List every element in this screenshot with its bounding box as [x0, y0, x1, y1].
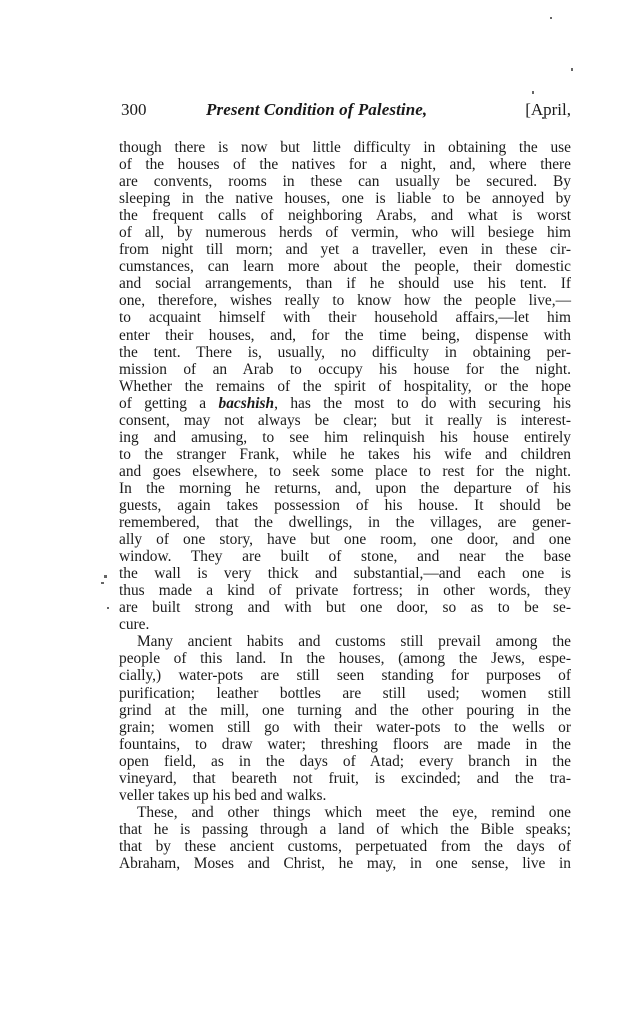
text-line: one, therefore, wishes really to know ho…: [119, 292, 571, 309]
running-head: 300 Present Condition of Palestine, [Apr…: [121, 100, 571, 124]
text-line: fountains, to draw water; threshing floo…: [119, 736, 571, 753]
text-line: to acquaint himself with their household…: [119, 309, 571, 326]
text-line: Whether the remains of the spirit of hos…: [119, 378, 571, 395]
running-title: Present Condition of Palestine,: [206, 100, 427, 120]
text-line: vineyard, that beareth not fruit, is exc…: [119, 770, 571, 787]
text-line: In the morning he returns, and, upon the…: [119, 480, 571, 497]
text-line: cure.: [119, 616, 571, 633]
text-line: purification; leather bottles are still …: [119, 685, 571, 702]
text-line: the wall is very thick and substantial,—…: [119, 565, 571, 582]
paragraph: These, and other things which meet the e…: [119, 804, 571, 872]
text-line: that by these ancient customs, perpetuat…: [119, 838, 571, 855]
text-line: mission of an Arab to occupy his house f…: [119, 361, 571, 378]
text-line: remembered, that the dwellings, in the v…: [119, 514, 571, 531]
text-line: cumstances, can learn more about the peo…: [119, 258, 571, 275]
text-line: people of this land. In the houses, (amo…: [119, 650, 571, 667]
text-line: that he is passing through a land of whi…: [119, 821, 571, 838]
text-line: and goes elsewhere, to seek some place t…: [119, 463, 571, 480]
scan-speck: [107, 607, 109, 609]
scan-speck: [542, 117, 544, 119]
text-line: grain; women still go with their water-p…: [119, 719, 571, 736]
text-line: of the houses of the natives for a night…: [119, 156, 571, 173]
text-line: Abraham, Moses and Christ, he may, in on…: [119, 855, 571, 872]
text-line: to the stranger Frank, while he takes hi…: [119, 446, 571, 463]
text-line: and social arrangements, than if he shou…: [119, 275, 571, 292]
scan-speck: [571, 68, 573, 71]
text-line: These, and other things which meet the e…: [119, 804, 571, 821]
text-line: ally of one story, have but one room, on…: [119, 531, 571, 548]
text-line: the frequent calls of neighboring Arabs,…: [119, 207, 571, 224]
text-line: open field, as in the days of Atad; ever…: [119, 753, 571, 770]
text-line: Many ancient habits and customs still pr…: [119, 633, 571, 650]
text-line: guests, again takes possession of his ho…: [119, 497, 571, 514]
text-line: cially,) water-pots are still seen stand…: [119, 667, 571, 684]
scan-speck: [532, 91, 534, 94]
paragraph: though there is now but little difficult…: [119, 139, 571, 633]
text-line: consent, may not always be clear; but it…: [119, 412, 571, 429]
body-text: though there is now but little difficult…: [119, 139, 571, 872]
text-line: veller takes up his bed and walks.: [119, 787, 571, 804]
text-line: the tent. There is, usually, no difficul…: [119, 344, 571, 361]
text-line: though there is now but little difficult…: [119, 139, 571, 156]
text-line: of getting a bacshish, has the most to d…: [119, 395, 571, 412]
text-line: are built strong and with but one door, …: [119, 599, 571, 616]
book-page: 300 Present Condition of Palestine, [Apr…: [0, 0, 624, 1035]
page-number: 300: [121, 100, 147, 120]
scan-speck: [550, 17, 552, 19]
text-line: enter their houses, and, for the time be…: [119, 327, 571, 344]
scan-speck: [101, 582, 104, 584]
text-line: sleeping in the native houses, one is li…: [119, 190, 571, 207]
text-line: thus made a kind of private fortress; in…: [119, 582, 571, 599]
running-date: [April,: [525, 100, 571, 120]
text-line: of all, by numerous herds of vermin, who…: [119, 224, 571, 241]
scan-speck: [104, 575, 107, 578]
text-line: window. They are built of stone, and nea…: [119, 548, 571, 565]
text-line: ing and amusing, to see him relinquish h…: [119, 429, 571, 446]
paragraph: Many ancient habits and customs still pr…: [119, 633, 571, 803]
italic-term: bacshish: [219, 395, 275, 412]
text-line: are convents, rooms in these can usually…: [119, 173, 571, 190]
text-line: from night till morn; and yet a travelle…: [119, 241, 571, 258]
text-line: grind at the mill, one turning and the o…: [119, 702, 571, 719]
